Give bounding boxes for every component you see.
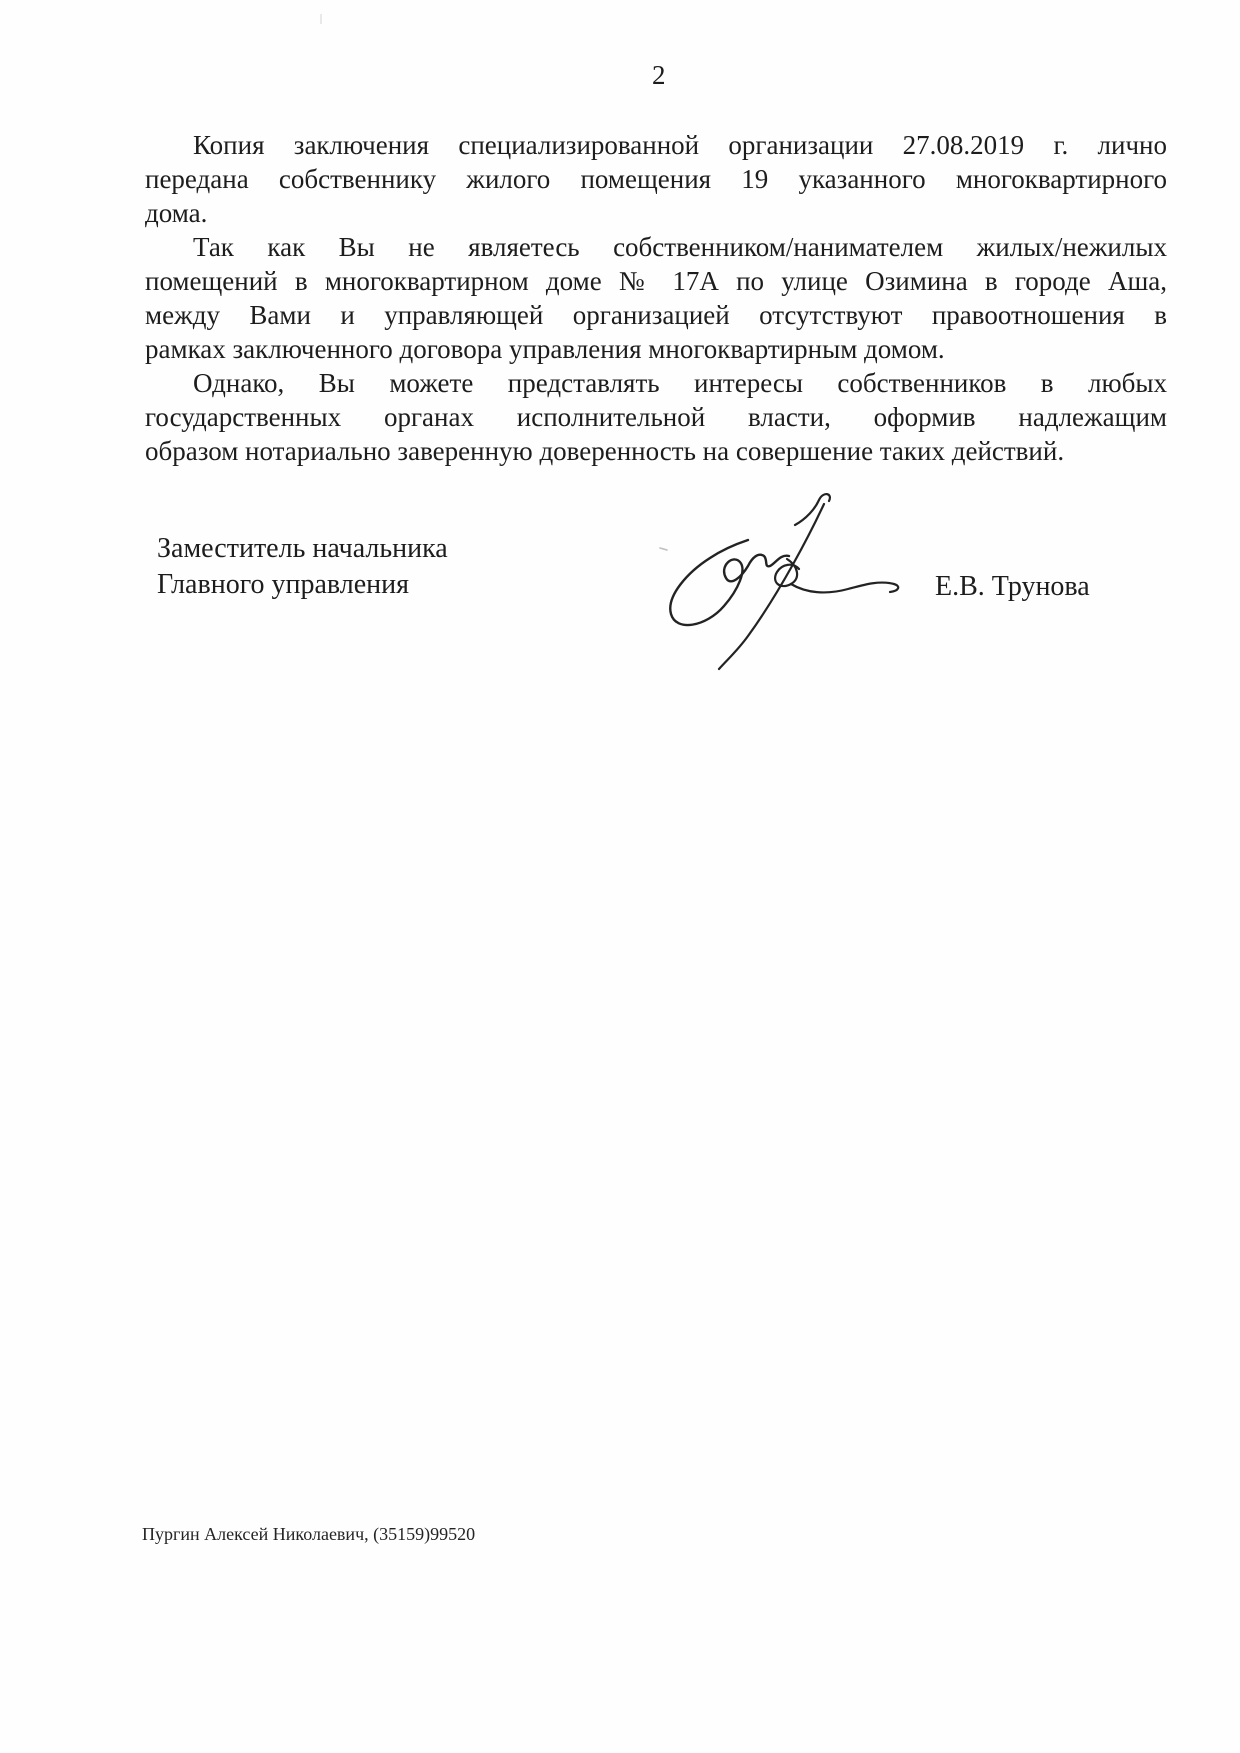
signoff-title-line2: Главного управления — [157, 567, 448, 603]
handwritten-signature-icon — [648, 492, 918, 682]
text-line: помещений в многоквартирном доме № 17А п… — [145, 264, 1167, 298]
text-line: Однако, Вы можете представлять интересы … — [145, 366, 1167, 400]
signoff-title: Заместитель начальника Главного управлен… — [157, 531, 448, 603]
text-line: образом нотариально заверенную доверенно… — [145, 434, 1167, 468]
paragraph: Однако, Вы можете представлять интересы … — [145, 366, 1167, 468]
text-line: рамках заключенного договора управления … — [145, 332, 1167, 366]
text-line: Копия заключения специализированной орга… — [145, 128, 1167, 162]
paragraph: Копия заключения специализированной орга… — [145, 128, 1167, 230]
document-page: 2 Копия заключения специализированной ор… — [0, 0, 1240, 1753]
text-line: передана собственнику жилого помещения 1… — [145, 162, 1167, 196]
paragraph: Так как Вы не являетесь собственником/на… — [145, 230, 1167, 366]
text-line: между Вами и управляющей организацией от… — [145, 298, 1167, 332]
signoff-title-line1: Заместитель начальника — [157, 531, 448, 567]
text-line: Так как Вы не являетесь собственником/на… — [145, 230, 1167, 264]
executor-contact: Пургин Алексей Николаевич, (35159)99520 — [142, 1522, 475, 1546]
signer-name: Е.В. Трунова — [935, 570, 1090, 604]
scan-artifact — [320, 14, 322, 24]
text-line: государственных органах исполнительной в… — [145, 400, 1167, 434]
page-number: 2 — [652, 60, 666, 90]
text-line: дома. — [145, 196, 1167, 230]
body-text: Копия заключения специализированной орга… — [145, 128, 1167, 468]
